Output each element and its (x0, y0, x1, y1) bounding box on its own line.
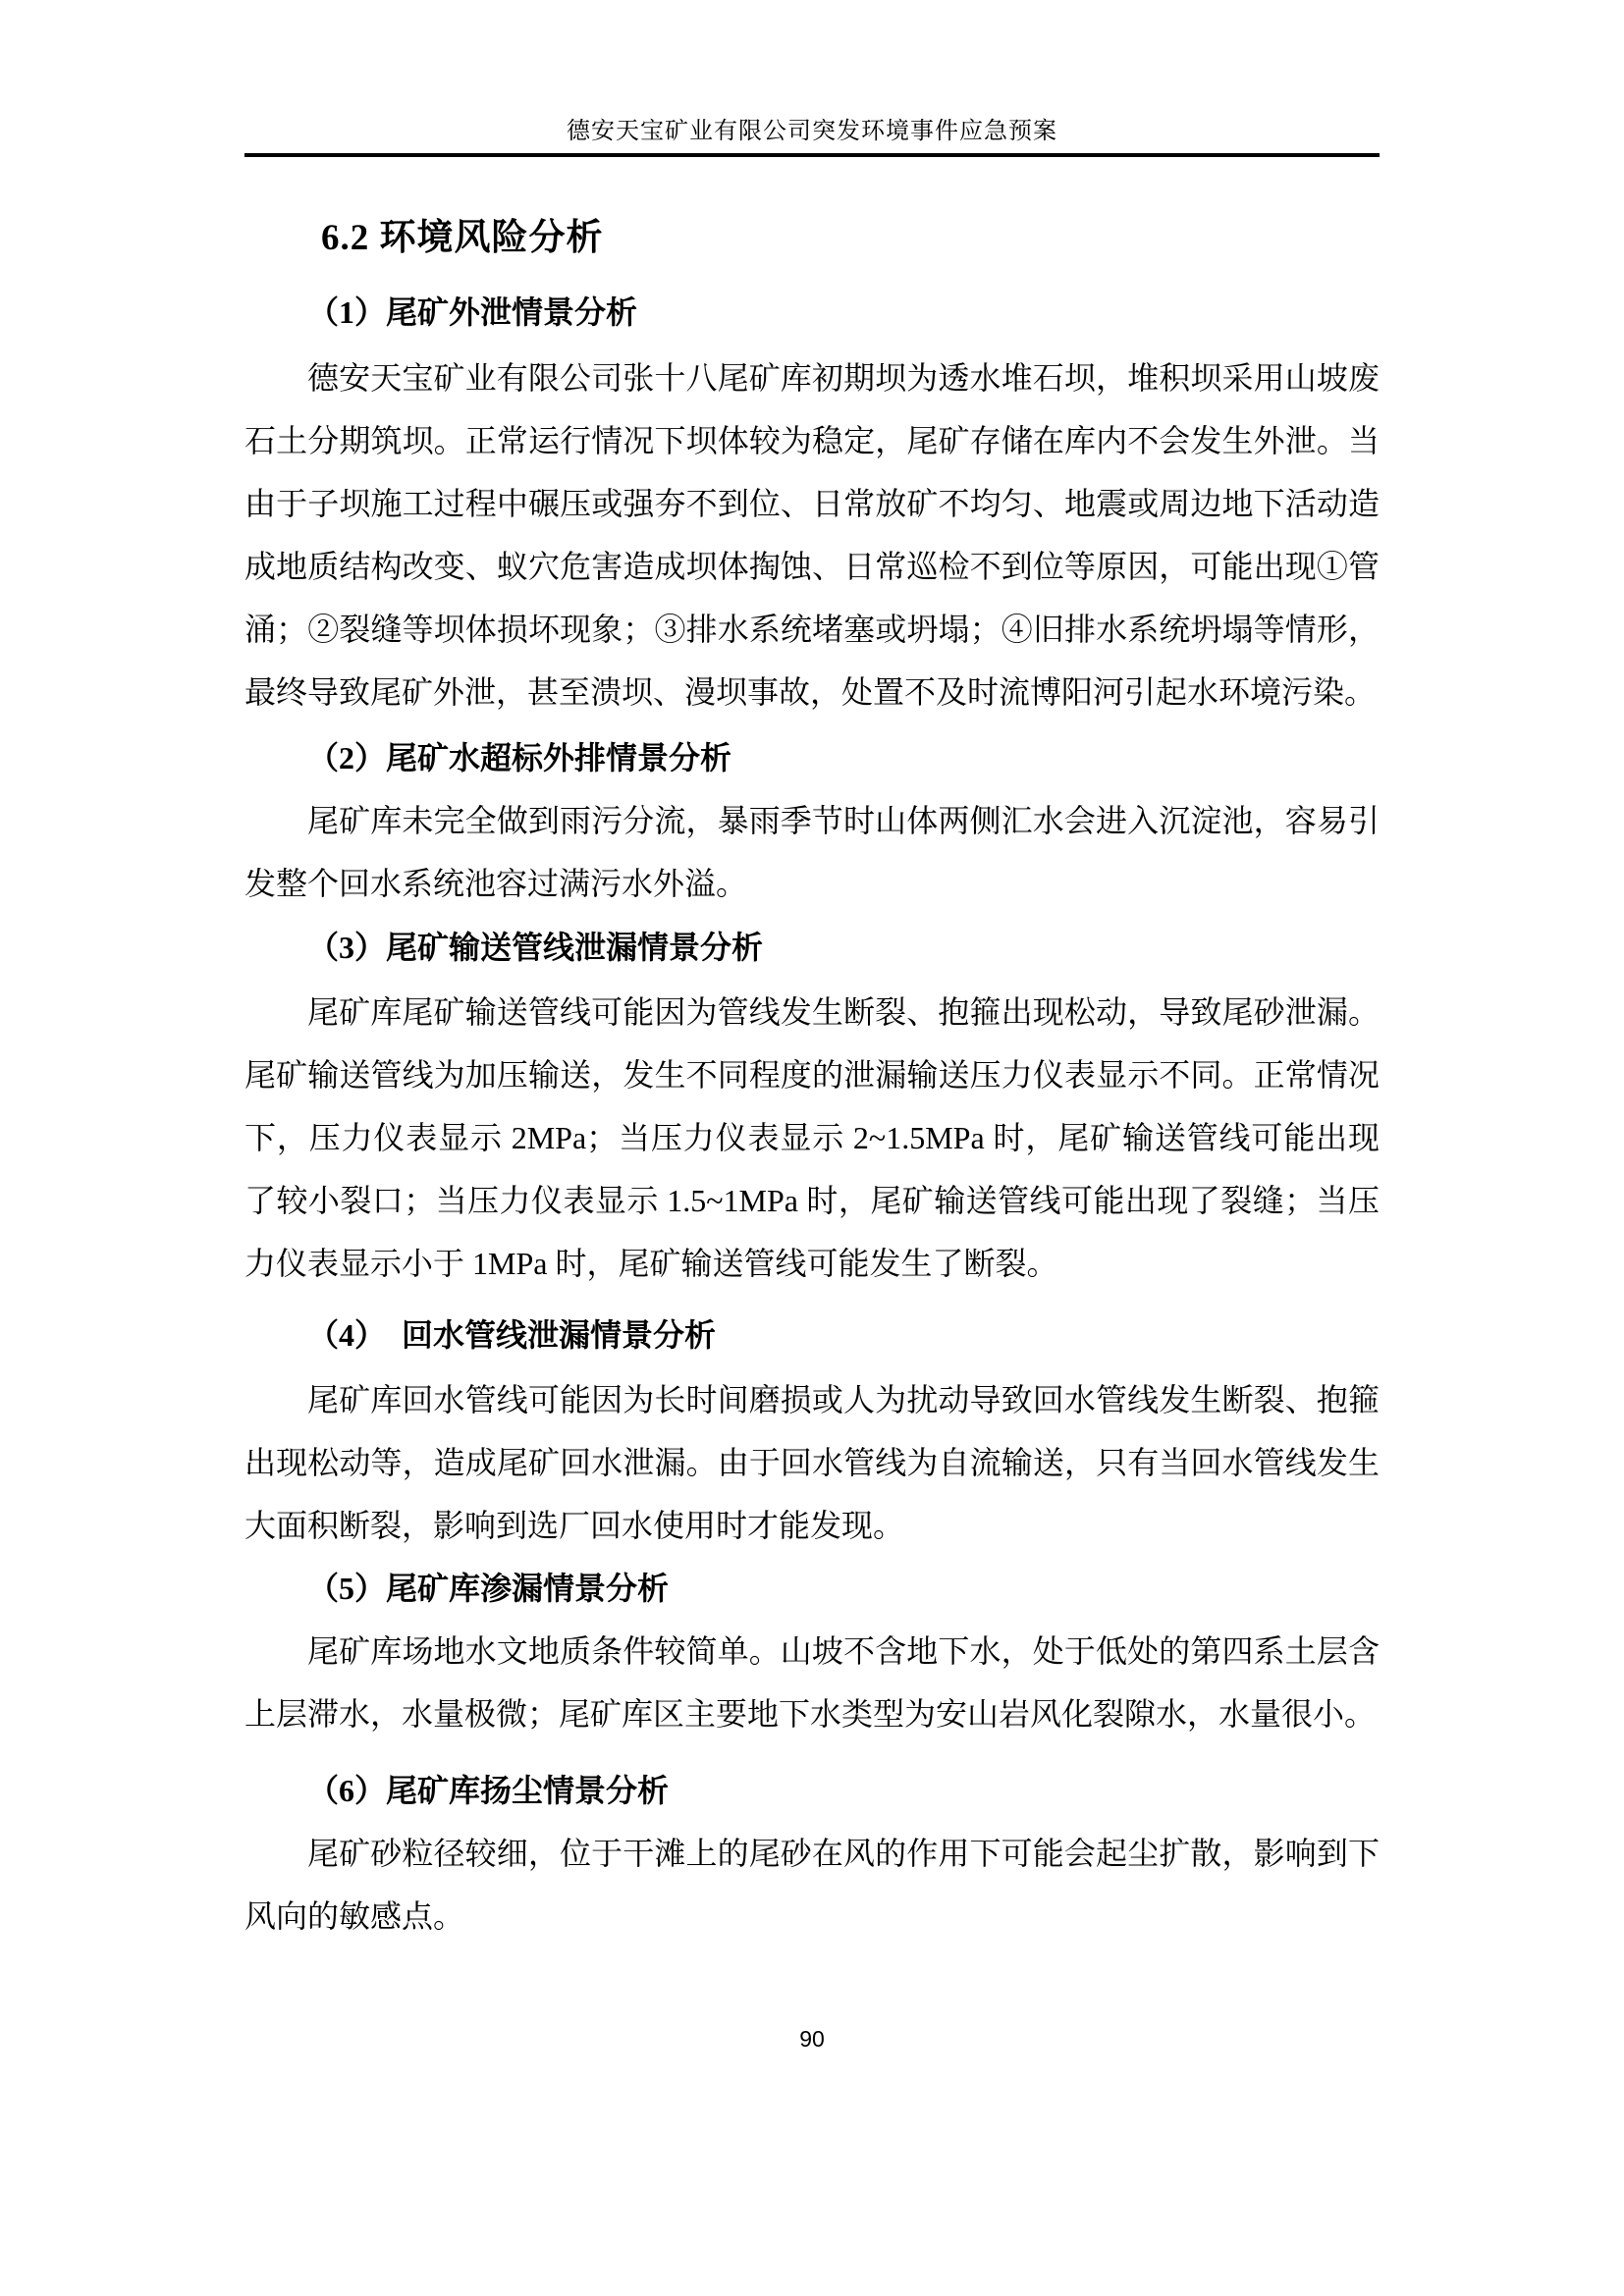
body-paragraph-6: 尾矿砂粒径较细，位于干滩上的尾砂在风的作用下可能会起尘扩散，影响到下风向的敏感点… (244, 1822, 1380, 1948)
body-paragraph-4: 尾矿库回水管线可能因为长时间磨损或人为扰动导致回水管线发生断裂、抱箍出现松动等，… (244, 1368, 1380, 1557)
body-paragraph-3: 尾矿库尾矿输送管线可能因为管线发生断裂、抱箍出现松动，导致尾砂泄漏。尾矿输送管线… (244, 981, 1380, 1295)
page-header-title: 德安天宝矿业有限公司突发环境事件应急预案 (244, 110, 1380, 153)
body-paragraph-2: 尾矿库未完全做到雨污分流，暴雨季节时山体两侧汇水会进入沉淀池，容易引发整个回水系… (244, 789, 1380, 915)
subsection-heading-3: （3）尾矿输送管线泄漏情景分析 (244, 916, 1380, 979)
subsection-heading-4: （4） 回水管线泄漏情景分析 (244, 1304, 1380, 1366)
body-paragraph-1: 德安天宝矿业有限公司张十八尾矿库初期坝为透水堆石坝，堆积坝采用山坡废石土分期筑坝… (244, 347, 1380, 723)
page-content: 德安天宝矿业有限公司突发环境事件应急预案 6.2 环境风险分析 （1）尾矿外泄情… (244, 110, 1380, 2054)
body-paragraph-5: 尾矿库场地水文地质条件较简单。山坡不含地下水，处于低处的第四系土层含上层滞水，水… (244, 1620, 1380, 1745)
subsection-heading-1: （1）尾矿外泄情景分析 (244, 281, 1380, 344)
section-title: 6.2 环境风险分析 (244, 206, 1380, 271)
header-rule (244, 153, 1380, 157)
page-number: 90 (244, 2024, 1380, 2054)
subsection-heading-2: （2）尾矿水超标外排情景分析 (244, 726, 1380, 789)
subsection-heading-6: （6）尾矿库扬尘情景分析 (244, 1759, 1380, 1822)
subsection-heading-5: （5）尾矿库渗漏情景分析 (244, 1557, 1380, 1620)
document-page: 德安天宝矿业有限公司突发环境事件应急预案 6.2 环境风险分析 （1）尾矿外泄情… (0, 0, 1624, 2296)
